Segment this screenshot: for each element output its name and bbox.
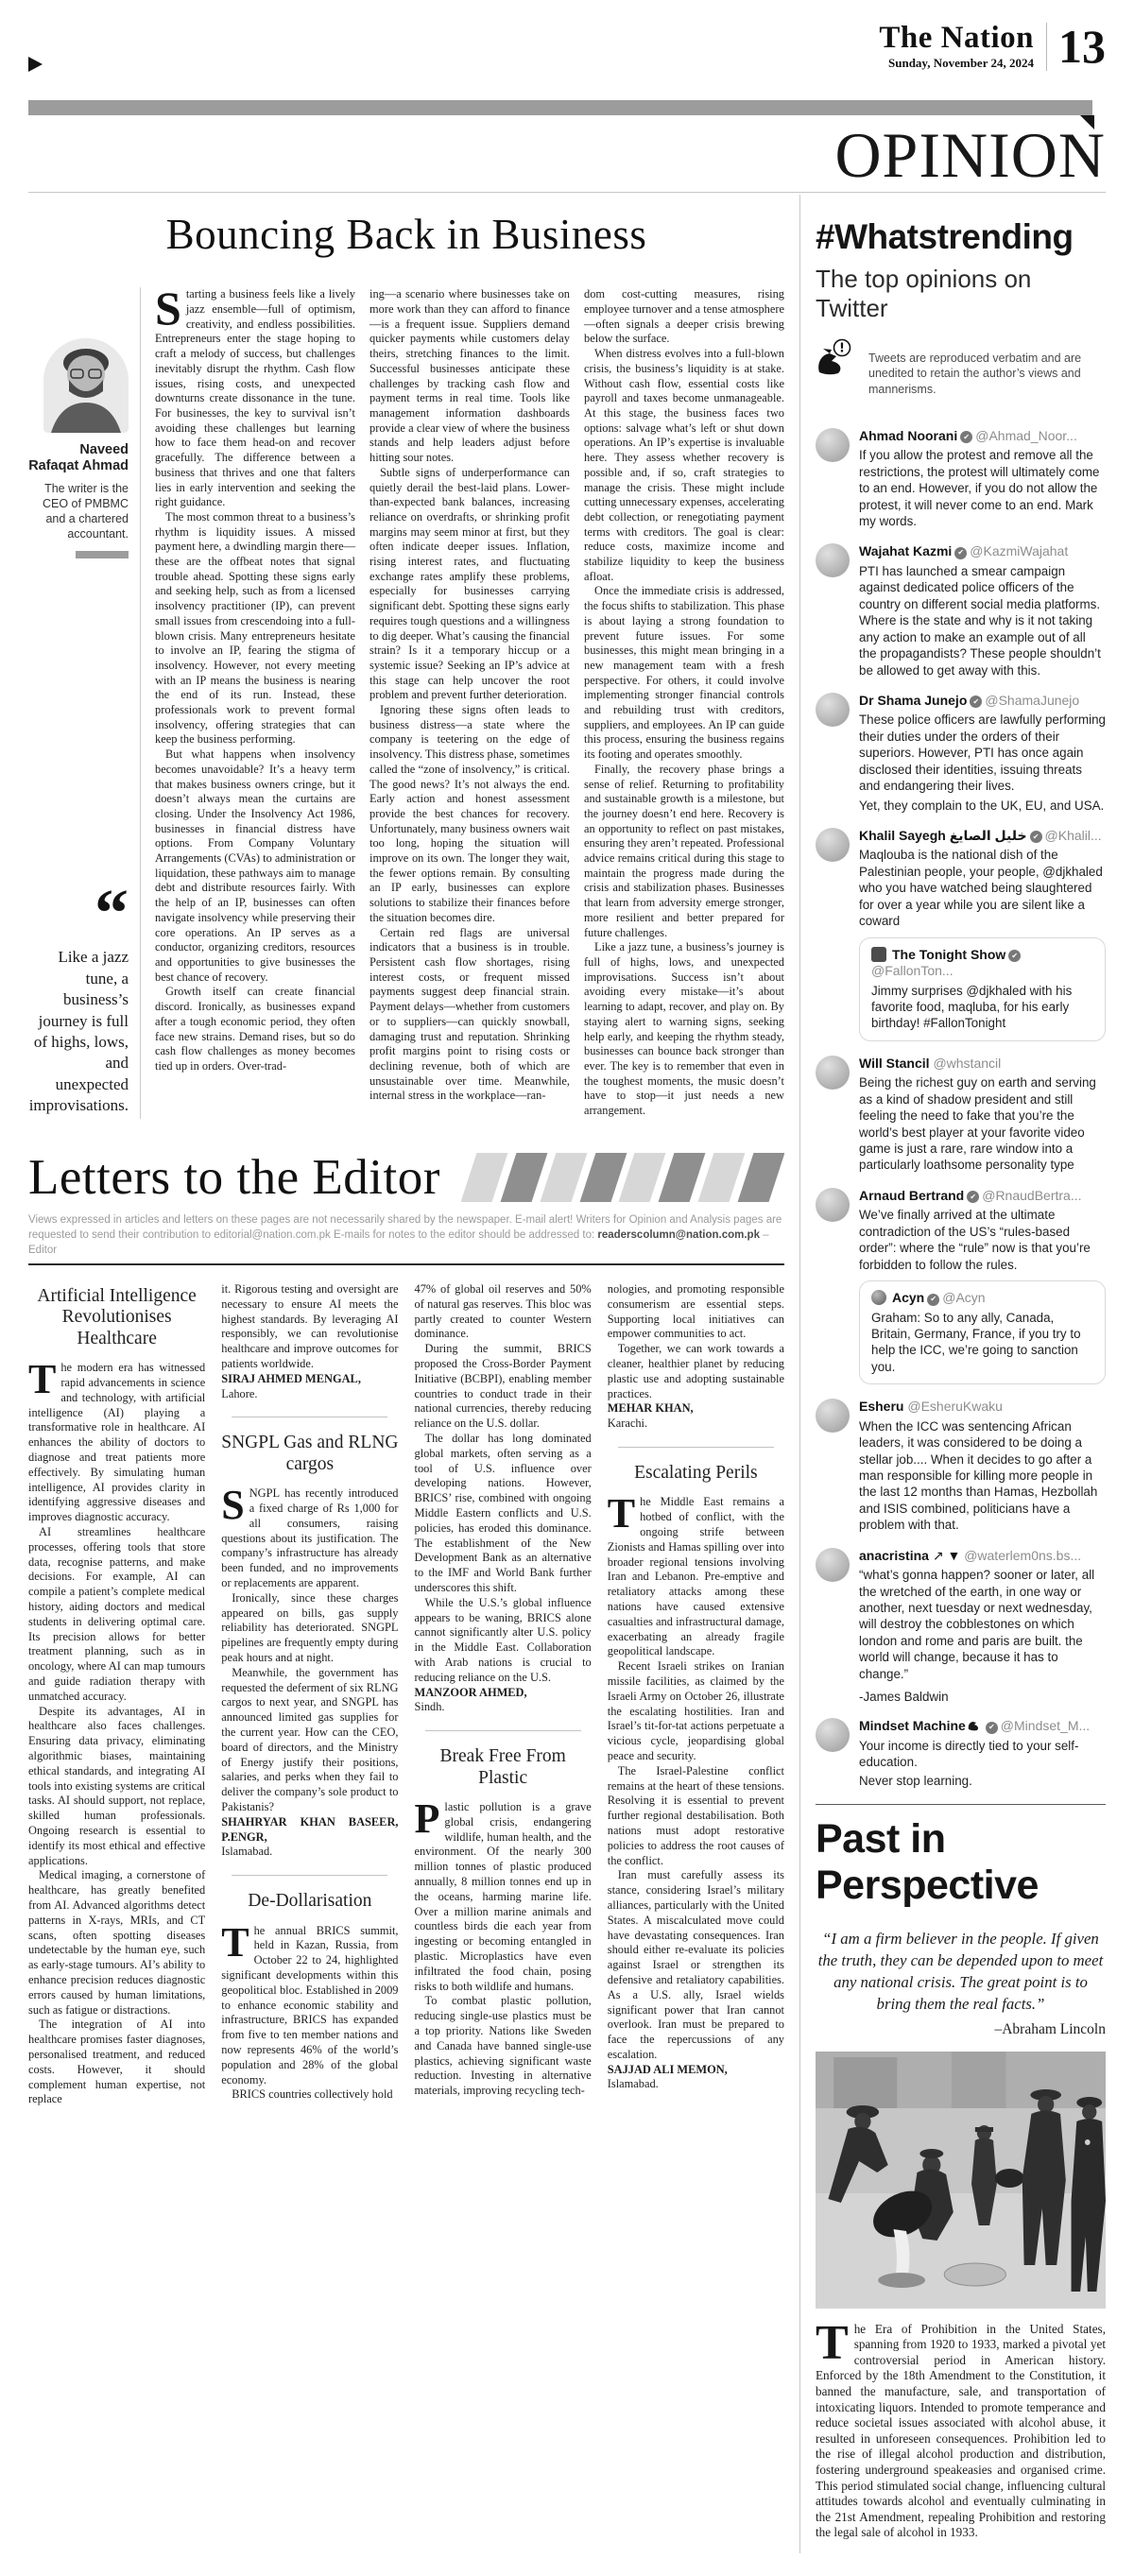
letter-heading: Artificial Intelligence Revolutionises H… bbox=[28, 1286, 205, 1349]
tweet: anacristina ↗ ▼ @waterlem0ns.bs... “what… bbox=[816, 1548, 1106, 1704]
drop-cap: T bbox=[221, 1924, 253, 1959]
verified-icon: ✔ bbox=[967, 1191, 979, 1203]
stripe bbox=[540, 1153, 587, 1202]
tweet-body: Wajahat Kazmi✔@KazmiWajahat PTI has laun… bbox=[859, 543, 1106, 678]
tweet-author: Will Stancil bbox=[859, 1056, 930, 1071]
letter-paragraph: Medical imaging, a cornerstone of health… bbox=[28, 1868, 205, 2018]
prohibition-photo-illustration bbox=[816, 2052, 1106, 2309]
drop-cap: T bbox=[608, 1495, 640, 1530]
bar-triangle-icon bbox=[1080, 115, 1094, 129]
article-paragraph: Once the immediate crisis is addressed, … bbox=[584, 584, 784, 762]
readers-column-email: readerscolumn@nation.com.pk bbox=[597, 1229, 760, 1241]
avatar bbox=[816, 828, 850, 862]
tweet-author: Acyn bbox=[892, 1290, 924, 1305]
letters-column-1: Artificial Intelligence Revolutionises H… bbox=[28, 1282, 205, 2107]
tweet: Mindset Machine✔@Mindset_M... Your incom… bbox=[816, 1718, 1106, 1790]
page-header: The Nation Sunday, November 24, 2024 13 bbox=[28, 13, 1106, 100]
tweet-author: Mindset Machine bbox=[859, 1718, 966, 1733]
tweet-text: We’ve finally arrived at the ultimate co… bbox=[859, 1207, 1106, 1273]
tweet-body: Ahmad Noorani✔@Ahmad_Noor... If you allo… bbox=[859, 428, 1106, 530]
letter-heading: Break Free From Plastic bbox=[415, 1746, 592, 1789]
paper-nameplate: The Nation Sunday, November 24, 2024 bbox=[879, 23, 1047, 71]
tweet-author: Ahmad Noorani bbox=[859, 428, 957, 443]
letter-signature-city: Lahore. bbox=[221, 1387, 398, 1402]
drop-cap: S bbox=[155, 287, 186, 327]
avatar bbox=[816, 1548, 850, 1582]
letter-paragraph: Plastic pollution is a grave global cris… bbox=[415, 1800, 592, 1994]
letter-separator bbox=[232, 1417, 387, 1417]
tweet: Arnaud Bertrand✔@RnaudBertra... We’ve fi… bbox=[816, 1188, 1106, 1384]
tweet-header: Will Stancil @whstancil bbox=[859, 1056, 1106, 1073]
letter-paragraph: The modern era has witnessed rapid advan… bbox=[28, 1361, 205, 1525]
paper-title: The Nation bbox=[879, 23, 1034, 54]
letters-columns: Artificial Intelligence Revolutionises H… bbox=[28, 1282, 784, 2107]
article-paragraph: Ignoring these signs often leads to busi… bbox=[369, 703, 570, 926]
tweet-author: anacristina bbox=[859, 1548, 929, 1563]
article-column-2: ing—a scenario where businesses take on … bbox=[369, 287, 570, 1118]
avatar bbox=[816, 1718, 850, 1752]
tweet-attribution: -James Baldwin bbox=[859, 1690, 1106, 1704]
bird-alert-icon: ! bbox=[816, 338, 857, 376]
tweet: Will Stancil @whstancil Being the riches… bbox=[816, 1056, 1106, 1174]
article-paragraph: Growth itself can create financial disco… bbox=[155, 985, 355, 1073]
letters-column-3: 47% of global oil reserves and 50% of na… bbox=[415, 1282, 592, 2107]
tweet-author: Esheru bbox=[859, 1399, 903, 1414]
letter-paragraph: BRICS countries collectively hold bbox=[221, 2087, 398, 2103]
trending-note: ! Tweets are reproduced verbatim and are… bbox=[816, 338, 1106, 409]
letter-separator bbox=[425, 1730, 581, 1731]
letter-paragraph: The dollar has long dominated global mar… bbox=[415, 1432, 592, 1596]
sidebar-divider bbox=[816, 1804, 1106, 1805]
tweet-handle: @Khalil... bbox=[1045, 828, 1102, 843]
letter-signature: SIRAJ AHMED MENGAL, bbox=[221, 1372, 398, 1387]
author-portrait-illustration bbox=[43, 338, 129, 433]
letter-paragraph: Meanwhile, the government has requested … bbox=[221, 1666, 398, 1815]
name-emoji-icons: ↗ ▼ bbox=[933, 1548, 960, 1563]
page-number: 13 bbox=[1047, 26, 1106, 68]
letter-paragraph: The integration of AI into healthcare pr… bbox=[28, 2018, 205, 2107]
avatar bbox=[816, 1188, 850, 1222]
tweet-author: Dr Shama Junejo bbox=[859, 693, 967, 708]
avatar bbox=[816, 1399, 850, 1433]
past-photo bbox=[816, 2052, 1106, 2309]
verified-icon: ✔ bbox=[1030, 831, 1042, 843]
tweet-text: Being the richest guy on earth and servi… bbox=[859, 1074, 1106, 1174]
tweet-text: Never stop learning. bbox=[859, 1773, 1106, 1789]
article-column-1: Starting a business feels like a lively … bbox=[155, 287, 355, 1118]
whatstrending-subtitle: The top opinions on Twitter bbox=[816, 265, 1106, 323]
letters-section: Letters to the Editor Views expressed in… bbox=[28, 1153, 784, 2107]
tweet-author: Arnaud Bertrand bbox=[859, 1188, 964, 1203]
verified-icon: ✔ bbox=[986, 1722, 998, 1734]
corner-triangle-icon bbox=[28, 57, 43, 72]
tweet-body: Esheru @EsheruKwaku When the ICC was sen… bbox=[859, 1399, 1106, 1533]
letter-heading: Escalating Perils bbox=[608, 1463, 784, 1484]
tweet-header: Arnaud Bertrand✔@RnaudBertra... bbox=[859, 1188, 1106, 1205]
tweet-body: Mindset Machine✔@Mindset_M... Your incom… bbox=[859, 1718, 1106, 1790]
article-paragraph: But what happens when insolvency becomes… bbox=[155, 747, 355, 985]
letter-paragraph: The Middle East remains a hotbed of conf… bbox=[608, 1495, 784, 1659]
tweet-body: Dr Shama Junejo✔@ShamaJunejo These polic… bbox=[859, 693, 1106, 814]
verified-icon: ✔ bbox=[927, 1294, 939, 1306]
article-body: Naveed Rafaqat Ahmad The writer is the C… bbox=[28, 287, 784, 1118]
section-title: OPINION bbox=[28, 123, 1106, 188]
tweet-handle: @FallonTon... bbox=[871, 963, 954, 978]
author-bio: The writer is the CEO of PMBMC and a cha… bbox=[28, 481, 129, 541]
article-title: Bouncing Back in Business bbox=[28, 210, 784, 259]
stripe bbox=[461, 1153, 507, 1202]
stripe bbox=[738, 1153, 784, 1202]
past-quote: “I am a firm believer in the people. If … bbox=[816, 1928, 1106, 2016]
tweet-header: Ahmad Noorani✔@Ahmad_Noor... bbox=[859, 428, 1106, 445]
tweet-header: The Tonight Show✔@FallonTon... bbox=[871, 947, 1093, 980]
article-paragraph: Certain red flags are universal indicato… bbox=[369, 926, 570, 1104]
letters-rule bbox=[28, 1263, 784, 1265]
tweet-handle: @EsheruKwaku bbox=[907, 1399, 1003, 1414]
letter-paragraph: While the U.S.’s global influence appear… bbox=[415, 1596, 592, 1686]
tweet-handle: @Mindset_M... bbox=[1001, 1718, 1090, 1733]
article-paragraph: Like a jazz tune, a business’s journey i… bbox=[584, 940, 784, 1118]
letter-paragraph: Despite its advantages, AI in healthcare… bbox=[28, 1705, 205, 1869]
tweet: Wajahat Kazmi✔@KazmiWajahat PTI has laun… bbox=[816, 543, 1106, 678]
letter-paragraph: 47% of global oil reserves and 50% of na… bbox=[415, 1282, 592, 1342]
letter-paragraph: it. Rigorous testing and oversight are n… bbox=[221, 1282, 398, 1372]
past-quote-attribution: –Abraham Lincoln bbox=[816, 2021, 1106, 2038]
letter-paragraph: Iran must carefully assess its stance, c… bbox=[608, 1868, 784, 2062]
letter-paragraph: nologies, and promoting responsible cons… bbox=[608, 1282, 784, 1342]
letter-signature-city: Islamabad. bbox=[608, 2077, 784, 2092]
article-paragraph: dom cost-cutting measures, rising employ… bbox=[584, 287, 784, 347]
letters-header: Letters to the Editor bbox=[28, 1153, 784, 1203]
letter-paragraph: SNGPL has recently introduced a fixed ch… bbox=[221, 1486, 398, 1591]
tweet-header: Khalil Sayegh خليل الصايغ✔@Khalil... bbox=[859, 828, 1106, 845]
article-paragraph: ing—a scenario where businesses take on … bbox=[369, 287, 570, 465]
drop-cap: T bbox=[28, 1361, 60, 1396]
stripe bbox=[500, 1153, 547, 1202]
tweet-handle: @waterlem0ns.bs... bbox=[964, 1548, 1081, 1563]
avatar bbox=[816, 543, 850, 577]
letters-disclaimer: Views expressed in articles and letters … bbox=[28, 1212, 784, 1258]
drop-cap: S bbox=[221, 1486, 249, 1521]
verified-icon: ✔ bbox=[1008, 950, 1021, 962]
sidebar: #Whatstrending The top opinions on Twitt… bbox=[799, 195, 1106, 2553]
pull-quote: “ Like a jazz tune, a business’s journey… bbox=[28, 895, 129, 1119]
tweet-body: Will Stancil @whstancil Being the riches… bbox=[859, 1056, 1106, 1174]
tweet-text: Your income is directly tied to your sel… bbox=[859, 1738, 1106, 1771]
letter-signature-city: Karachi. bbox=[608, 1417, 784, 1432]
letter-signature: MANZOOR AHMED, bbox=[415, 1686, 592, 1701]
article-paragraph: The most common threat to a business’s r… bbox=[155, 510, 355, 747]
pull-quote-text: Like a jazz tune, a business’s journey i… bbox=[28, 947, 129, 1117]
tweet: Khalil Sayegh خليل الصايغ✔@Khalil... Maq… bbox=[816, 828, 1106, 1041]
letter-paragraph: Ironically, since these charges appeared… bbox=[221, 1591, 398, 1666]
letter-separator bbox=[232, 1875, 387, 1876]
letter-heading: De-Dollarisation bbox=[221, 1891, 398, 1912]
author-photo bbox=[43, 338, 129, 433]
content: Bouncing Back in Business bbox=[28, 195, 1106, 2553]
letter-paragraph: Together, we can work towards a cleaner,… bbox=[608, 1342, 784, 1401]
tweet: Esheru @EsheruKwaku When the ICC was sen… bbox=[816, 1399, 1106, 1533]
tweet-text: Graham: So to any ally, Canada, Britain,… bbox=[871, 1310, 1093, 1376]
past-in-perspective-title: Past in Perspective bbox=[816, 1816, 1106, 1909]
verified-icon: ✔ bbox=[970, 696, 982, 708]
tweet-handle: @Ahmad_Noor... bbox=[975, 428, 1077, 443]
letter-signature: SAJJAD ALI MEMON, bbox=[608, 2063, 784, 2078]
tweet-handle: @ShamaJunejo bbox=[985, 693, 1079, 708]
letter-paragraph: AI streamlines healthcare processes, off… bbox=[28, 1525, 205, 1705]
tweet-header: Wajahat Kazmi✔@KazmiWajahat bbox=[859, 543, 1106, 560]
issue-date: Sunday, November 24, 2024 bbox=[879, 56, 1034, 71]
author-rail: Naveed Rafaqat Ahmad The writer is the C… bbox=[28, 287, 141, 1118]
tweet-handle: @KazmiWajahat bbox=[970, 543, 1068, 558]
letter-paragraph: Recent Israeli strikes on Iranian missil… bbox=[608, 1659, 784, 1764]
letter-paragraph: To combat plastic pollution, reducing si… bbox=[415, 1994, 592, 2099]
verified-icon: ✔ bbox=[960, 431, 972, 443]
author-name: Naveed Rafaqat Ahmad bbox=[28, 442, 129, 473]
tweet-author: Wajahat Kazmi bbox=[859, 543, 952, 558]
tweet-header: Dr Shama Junejo✔@ShamaJunejo bbox=[859, 693, 1106, 710]
main-column: Bouncing Back in Business bbox=[28, 195, 784, 2553]
drop-cap: P bbox=[415, 1800, 445, 1835]
letter-paragraph: The Israel-Palestine conflict remains at… bbox=[608, 1764, 784, 1869]
stripe bbox=[698, 1153, 746, 1202]
stripes-graphic bbox=[461, 1153, 784, 1202]
article-paragraph: Starting a business feels like a lively … bbox=[155, 287, 355, 510]
letter-signature-city: Islamabad. bbox=[221, 1845, 398, 1860]
tweet-text: “what’s gonna happen? sooner or later, a… bbox=[859, 1567, 1106, 1682]
svg-text:!: ! bbox=[839, 342, 845, 356]
tweet-header: Mindset Machine✔@Mindset_M... bbox=[859, 1718, 1106, 1735]
tweet-text: Maqlouba is the national dish of the Pal… bbox=[859, 847, 1106, 929]
article-paragraph: Subtle signs of underperformance can qui… bbox=[369, 466, 570, 703]
tweet-body: Arnaud Bertrand✔@RnaudBertra... We’ve fi… bbox=[859, 1188, 1106, 1384]
tweet-header: anacristina ↗ ▼ @waterlem0ns.bs... bbox=[859, 1548, 1106, 1565]
letter-paragraph: During the summit, BRICS proposed the Cr… bbox=[415, 1342, 592, 1432]
stripe bbox=[579, 1153, 627, 1202]
stripe bbox=[659, 1153, 706, 1202]
tweet-text: When the ICC was sentencing African lead… bbox=[859, 1418, 1106, 1534]
letter-signature: MEHAR KHAN, bbox=[608, 1401, 784, 1417]
masthead-right: The Nation Sunday, November 24, 2024 13 bbox=[879, 23, 1106, 71]
twitter-bird-icon bbox=[968, 1720, 981, 1731]
tweet-body: Khalil Sayegh خليل الصايغ✔@Khalil... Maq… bbox=[859, 828, 1106, 1041]
letters-column-2: it. Rigorous testing and oversight are n… bbox=[221, 1282, 398, 2107]
tweet-handle: @Acyn bbox=[942, 1290, 985, 1305]
letter-signature-city: Sindh. bbox=[415, 1700, 592, 1715]
tweet-text: PTI has launched a smear campaign agains… bbox=[859, 563, 1106, 678]
letter-separator bbox=[618, 1447, 774, 1448]
article-paragraph: Finally, the recovery phase brings a sen… bbox=[584, 763, 784, 940]
tweet-handle: @RnaudBertra... bbox=[982, 1188, 1081, 1203]
avatar bbox=[816, 1056, 850, 1090]
letters-title: Letters to the Editor bbox=[28, 1153, 440, 1203]
avatar bbox=[871, 1290, 886, 1305]
tweet-text: Jimmy surprises @djkhaled with his favor… bbox=[871, 983, 1093, 1032]
letter-heading: SNGPL Gas and RLNG cargos bbox=[221, 1433, 398, 1475]
tweet-text: If you allow the protest and remove all … bbox=[859, 447, 1106, 529]
tweet: Dr Shama Junejo✔@ShamaJunejo These polic… bbox=[816, 693, 1106, 814]
article-paragraph: When distress evolves into a full-blown … bbox=[584, 347, 784, 584]
quoted-tweet: Acyn✔@Acyn Graham: So to any ally, Canad… bbox=[859, 1280, 1106, 1384]
tweet-body: anacristina ↗ ▼ @waterlem0ns.bs... “what… bbox=[859, 1548, 1106, 1704]
newspaper-page: The Nation Sunday, November 24, 2024 13 … bbox=[0, 0, 1134, 2576]
drop-cap: T bbox=[816, 2322, 854, 2362]
stripe bbox=[619, 1153, 666, 1202]
quote-marks-icon: “ bbox=[28, 895, 129, 933]
verified-icon: ✔ bbox=[954, 547, 967, 559]
tweet: Ahmad Noorani✔@Ahmad_Noor... If you allo… bbox=[816, 428, 1106, 530]
tweet-text: These police officers are lawfully perfo… bbox=[859, 712, 1106, 794]
letter-paragraph: The annual BRICS summit, held in Kazan, … bbox=[221, 1924, 398, 2088]
author-divider-chip bbox=[76, 551, 129, 558]
past-body: The Era of Prohibition in the United Sta… bbox=[816, 2322, 1106, 2541]
tweet-author: Khalil Sayegh خليل الصايغ bbox=[859, 828, 1027, 843]
quoted-tweet: The Tonight Show✔@FallonTon... Jimmy sur… bbox=[859, 937, 1106, 1041]
letters-column-4: nologies, and promoting responsible cons… bbox=[608, 1282, 784, 2107]
letter-signature: SHAHRYAR KHAN BASEER, P.ENGR, bbox=[221, 1815, 398, 1846]
trending-note-text: Tweets are reproduced verbatim and are u… bbox=[868, 351, 1106, 398]
tweet-header: Esheru @EsheruKwaku bbox=[859, 1399, 1106, 1416]
whatstrending-title: #Whatstrending bbox=[816, 217, 1106, 257]
avatar bbox=[816, 428, 850, 462]
tweet-author: The Tonight Show bbox=[892, 947, 1005, 962]
avatar bbox=[871, 947, 886, 962]
tweet-handle: @whstancil bbox=[933, 1056, 1001, 1071]
tweet-header: Acyn✔@Acyn bbox=[871, 1290, 1093, 1307]
avatar bbox=[816, 693, 850, 727]
tweet-text: Yet, they complain to the UK, EU, and US… bbox=[859, 798, 1106, 814]
header-rule bbox=[28, 192, 1106, 193]
article-column-3: dom cost-cutting measures, rising employ… bbox=[584, 287, 784, 1118]
header-bar bbox=[28, 100, 1092, 115]
